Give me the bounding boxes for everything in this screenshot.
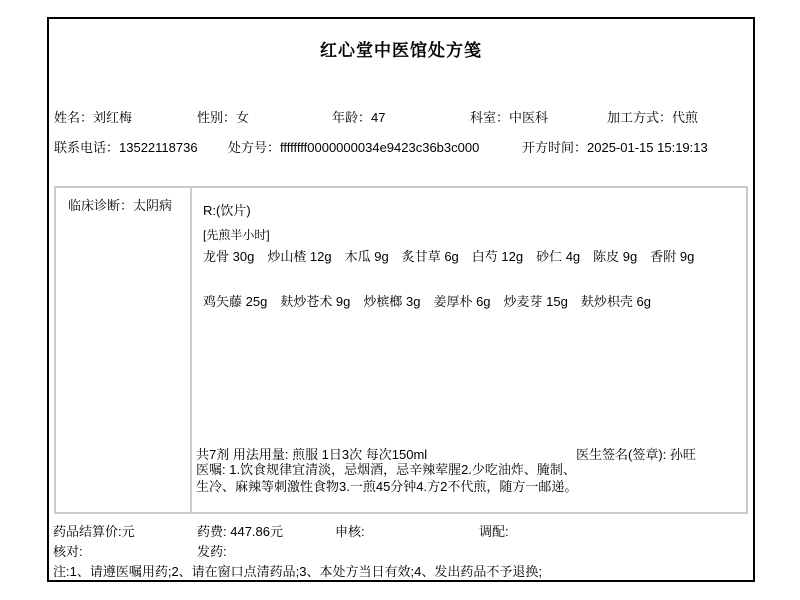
- patient-info-row-2: 联系电话：13522118736处方号：ffffffff0000000034e9…: [49, 137, 753, 155]
- field-label: 调配:: [479, 524, 509, 539]
- medical-advice: 医嘱: 1.饮食规律宜清淡，忌烟酒，忌辛辣荤腥2.少吃油炸、腌制、生冷、麻辣等刺…: [196, 461, 582, 495]
- footer-field: 药费: 447.86元: [197, 521, 283, 540]
- footer-field: 发药:: [197, 541, 227, 560]
- diagnosis-value: 太阴病: [133, 198, 172, 213]
- field-label: 发药:: [197, 544, 227, 559]
- footer-field: 核对:: [53, 541, 83, 560]
- field-value: 2025-01-15 15:19:13: [587, 140, 708, 155]
- herb-item: 砂仁 4g: [536, 246, 580, 265]
- herb-item: 木瓜 9g: [345, 246, 389, 265]
- field-label: 加工方式：: [607, 110, 672, 125]
- field-label: 申核:: [335, 524, 365, 539]
- field-label: 药品结算价:: [53, 524, 122, 539]
- footer-field: 申核:: [335, 521, 365, 540]
- patient-field: 年龄：47: [332, 107, 385, 126]
- herb-item: 炙甘草 6g: [402, 246, 459, 265]
- field-label: 核对:: [53, 544, 83, 559]
- herb-line-1: 龙骨 30g炒山楂 12g木瓜 9g炙甘草 6g白芍 12g砂仁 4g陈皮 9g…: [203, 246, 707, 265]
- footer-field: 药品结算价:元: [53, 521, 135, 540]
- field-label: 药费:: [197, 524, 230, 539]
- herb-item: 麸炒枳壳 6g: [581, 291, 651, 310]
- field-value: 447.86元: [230, 524, 283, 539]
- herb-line-2: 鸡矢藤 25g麸炒苍术 9g炒槟榔 3g姜厚朴 6g炒麦芽 15g麸炒枳壳 6g: [203, 291, 664, 310]
- herb-item: 香附 9g: [650, 246, 694, 265]
- field-label: 联系电话：: [54, 140, 119, 155]
- diagnosis-cell: 临床诊断：太阴病: [56, 188, 192, 512]
- field-label: 科室：: [470, 110, 509, 125]
- patient-field: 性别：女: [197, 107, 249, 126]
- herb-item: 陈皮 9g: [593, 246, 637, 265]
- check-row: 核对:发药:: [49, 541, 753, 559]
- prescription-box: 临床诊断：太阴病 R:(饮片) [先煎半小时] 龙骨 30g炒山楂 12g木瓜 …: [54, 186, 748, 514]
- patient-field: 处方号：ffffffff0000000034e9423c36b3c000: [228, 137, 479, 156]
- field-label: 性别：: [197, 110, 236, 125]
- herb-item: 姜厚朴 6g: [433, 291, 490, 310]
- footer-note: 注:1、请遵医嘱用药;2、请在窗口点清药品;3、本处方当日有效;4、发出药品不予…: [53, 561, 542, 580]
- footer-field: 调配:: [479, 521, 509, 540]
- herb-item: 炒槟榔 3g: [363, 291, 420, 310]
- field-label: 开方时间：: [522, 140, 587, 155]
- herb-item: 龙骨 30g: [203, 246, 254, 265]
- field-label: 姓名：: [54, 110, 93, 125]
- patient-info-row-1: 姓名：刘红梅性别：女年龄：47科室：中医科加工方式：代煎: [49, 107, 753, 125]
- patient-field: 姓名：刘红梅: [54, 107, 132, 126]
- field-label: 年龄：: [332, 110, 371, 125]
- patient-field: 开方时间：2025-01-15 15:19:13: [522, 137, 708, 156]
- prescription-paper: 红心堂中医馆处方笺 姓名：刘红梅性别：女年龄：47科室：中医科加工方式：代煎 联…: [47, 17, 755, 582]
- field-value: 代煎: [672, 110, 698, 125]
- field-value: 中医科: [509, 110, 548, 125]
- field-label: 处方号：: [228, 140, 280, 155]
- doctor-signature: 医生签名(签章): 孙旺: [576, 444, 696, 463]
- field-value: 47: [371, 110, 385, 125]
- decoction-note: [先煎半小时]: [203, 226, 270, 243]
- herb-item: 炒山楂 12g: [267, 246, 331, 265]
- patient-field: 联系电话：13522118736: [54, 137, 198, 156]
- settlement-row: 药品结算价:元药费: 447.86元申核:调配:: [49, 521, 753, 539]
- herb-item: 白芍 12g: [472, 246, 523, 265]
- patient-field: 加工方式：代煎: [607, 107, 698, 126]
- field-value: 元: [122, 524, 135, 539]
- herb-item: 麸炒苍术 9g: [280, 291, 350, 310]
- prescription-page: 红心堂中医馆处方笺 姓名：刘红梅性别：女年龄：47科室：中医科加工方式：代煎 联…: [0, 0, 800, 600]
- field-value: 刘红梅: [93, 110, 132, 125]
- field-value: ffffffff0000000034e9423c36b3c000: [280, 140, 479, 155]
- page-title: 红心堂中医馆处方笺: [49, 36, 753, 61]
- herb-item: 炒麦芽 15g: [504, 291, 568, 310]
- field-value: 13522118736: [119, 140, 198, 155]
- field-value: 女: [236, 110, 249, 125]
- herb-item: 鸡矢藤 25g: [203, 291, 267, 310]
- patient-field: 科室：中医科: [470, 107, 548, 126]
- diagnosis-label: 临床诊断：: [68, 198, 133, 213]
- rx-header: R:(饮片): [203, 200, 251, 219]
